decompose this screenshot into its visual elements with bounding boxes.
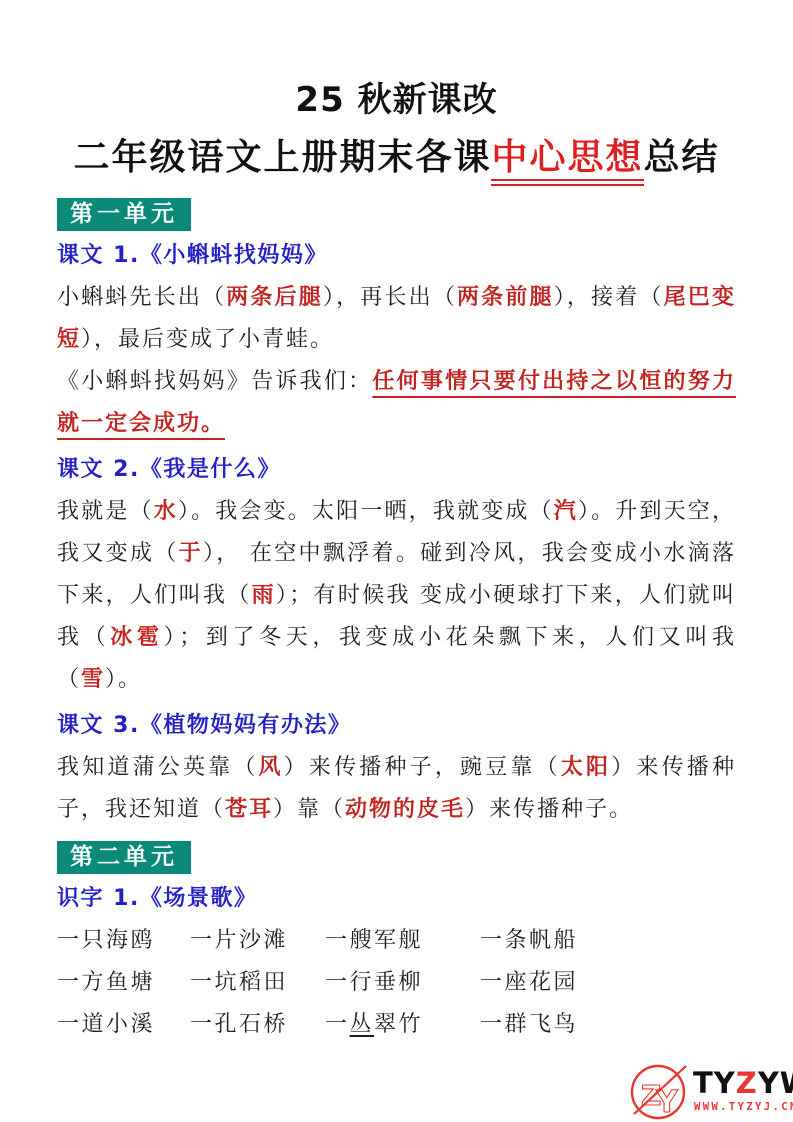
subtitle-suffix: 总结 <box>644 137 720 178</box>
document-content: 25 秋新课改 二年级语文上册期末各课中心思想总结 第一单元 课文 1.《小蝌蚪… <box>0 80 793 1046</box>
subtitle-highlight: 中心思想 <box>491 137 643 186</box>
text-segment: ），再长出（ <box>323 285 457 310</box>
tyzyw-watermark-logo: Z Y TYZYW WWW.TYZYJ.CN <box>630 1060 793 1122</box>
logo-text-ty: TY <box>693 1066 736 1100</box>
lesson3-title: 课文 3.《植物妈妈有办法》 <box>57 705 736 747</box>
logo-website-url: WWW.TYZYJ.CN <box>694 1101 793 1113</box>
unit1-badge-row: 第一单元 <box>57 198 736 231</box>
text-segment: 《小蝌蚪找妈妈》告诉我们： <box>57 369 372 394</box>
text-segment: 小蝌蚪先长出（ <box>57 285 226 310</box>
answer-highlight: 雨 <box>252 583 276 608</box>
answer-highlight: 汽 <box>554 499 578 524</box>
answer-highlight: 雪 <box>81 667 105 692</box>
lesson2-title: 课文 2.《我是什么》 <box>57 449 736 491</box>
underlined-character: 丛 <box>350 1012 375 1037</box>
text-segment: ），接着（ <box>554 285 664 310</box>
subtitle-prefix: 二年级语文上册期末各课 <box>73 137 491 178</box>
vocab-item: 一座花园 <box>480 962 736 1004</box>
unit1-badge: 第一单元 <box>57 198 191 231</box>
vocab-item: 一丛翠竹 <box>325 1004 480 1046</box>
vocab-item: 一艘军舰 <box>325 920 480 962</box>
text-segment: 一 <box>325 1012 350 1037</box>
answer-highlight: 动物的皮毛 <box>345 797 465 822</box>
vocab-item: 一坑稻田 <box>190 962 325 1004</box>
page-title: 25 秋新课改 <box>57 80 736 120</box>
vocab-item: 一方鱼塘 <box>57 962 190 1004</box>
text-segment: ）。 <box>105 667 142 692</box>
document-page: 25 秋新课改 二年级语文上册期末各课中心思想总结 第一单元 课文 1.《小蝌蚪… <box>0 0 793 1122</box>
lesson1-title: 课文 1.《小蝌蚪找妈妈》 <box>57 235 736 277</box>
answer-highlight: 于 <box>179 541 203 566</box>
text-segment: ）。我会变。太阳一晒，我就变成（ <box>178 499 554 524</box>
lesson1-paragraph-2: 《小蝌蚪找妈妈》告诉我们：任何事情只要付出持之以恒的努力就一定会成功。 <box>57 361 736 445</box>
vocab-row-2: 一方鱼塘 一坑稻田 一行垂柳 一座花园 <box>57 962 736 1004</box>
svg-text:Y: Y <box>655 1085 679 1120</box>
answer-highlight: 苍耳 <box>225 797 273 822</box>
logo-text-yw: YW <box>758 1066 793 1100</box>
lesson2-paragraph-1: 我就是（水）。我会变。太阳一晒，我就变成（汽）。升到天空，我又变成（于）， 在空… <box>57 491 736 701</box>
literacy1-title: 识字 1.《场景歌》 <box>57 878 736 920</box>
answer-highlight: 冰雹 <box>110 625 163 650</box>
answer-highlight: 风 <box>259 755 284 780</box>
text-segment: ）靠（ <box>273 797 345 822</box>
text-segment: ），最后变成了小青蛙。 <box>81 327 334 352</box>
lesson3-paragraph-1: 我知道蒲公英靠（风）来传播种子，豌豆靠（太阳）来传播种子，我还知道（苍耳）靠（动… <box>57 747 736 831</box>
text-segment: ）来传播种子，豌豆靠（ <box>284 755 561 780</box>
answer-highlight: 两条前腿 <box>457 285 554 310</box>
text-segment: 我知道蒲公英靠（ <box>57 755 259 780</box>
text-segment: 我就是（ <box>57 499 154 524</box>
answer-highlight: 太阳 <box>561 755 611 780</box>
text-segment: ）来传播种子。 <box>465 797 633 822</box>
vocab-item: 一条帆船 <box>480 920 736 962</box>
vocab-item: 一道小溪 <box>57 1004 190 1046</box>
answer-highlight: 水 <box>154 499 178 524</box>
vocab-item: 一群飞鸟 <box>480 1004 736 1046</box>
answer-highlight: 两条后腿 <box>226 285 323 310</box>
text-segment: 翠竹 <box>374 1012 423 1037</box>
unit2-badge-row: 第二单元 <box>57 841 736 874</box>
unit2-badge: 第二单元 <box>57 841 191 874</box>
vocab-item: 一行垂柳 <box>325 962 480 1004</box>
vocab-row-1: 一只海鸥 一片沙滩 一艘军舰 一条帆船 <box>57 920 736 962</box>
page-subtitle: 二年级语文上册期末各课中心思想总结 <box>57 136 736 180</box>
vocab-item: 一片沙滩 <box>190 920 325 962</box>
logo-text-z: Z <box>736 1066 758 1100</box>
zy-monogram-icon: Z Y <box>630 1062 688 1122</box>
vocab-item: 一只海鸥 <box>57 920 190 962</box>
vocab-row-3: 一道小溪 一孔石桥 一丛翠竹 一群飞鸟 <box>57 1004 736 1046</box>
vocab-item: 一孔石桥 <box>190 1004 325 1046</box>
lesson1-paragraph-1: 小蝌蚪先长出（两条后腿），再长出（两条前腿），接着（尾巴变短），最后变成了小青蛙… <box>57 277 736 361</box>
logo-wordmark: TYZYW <box>693 1066 793 1100</box>
